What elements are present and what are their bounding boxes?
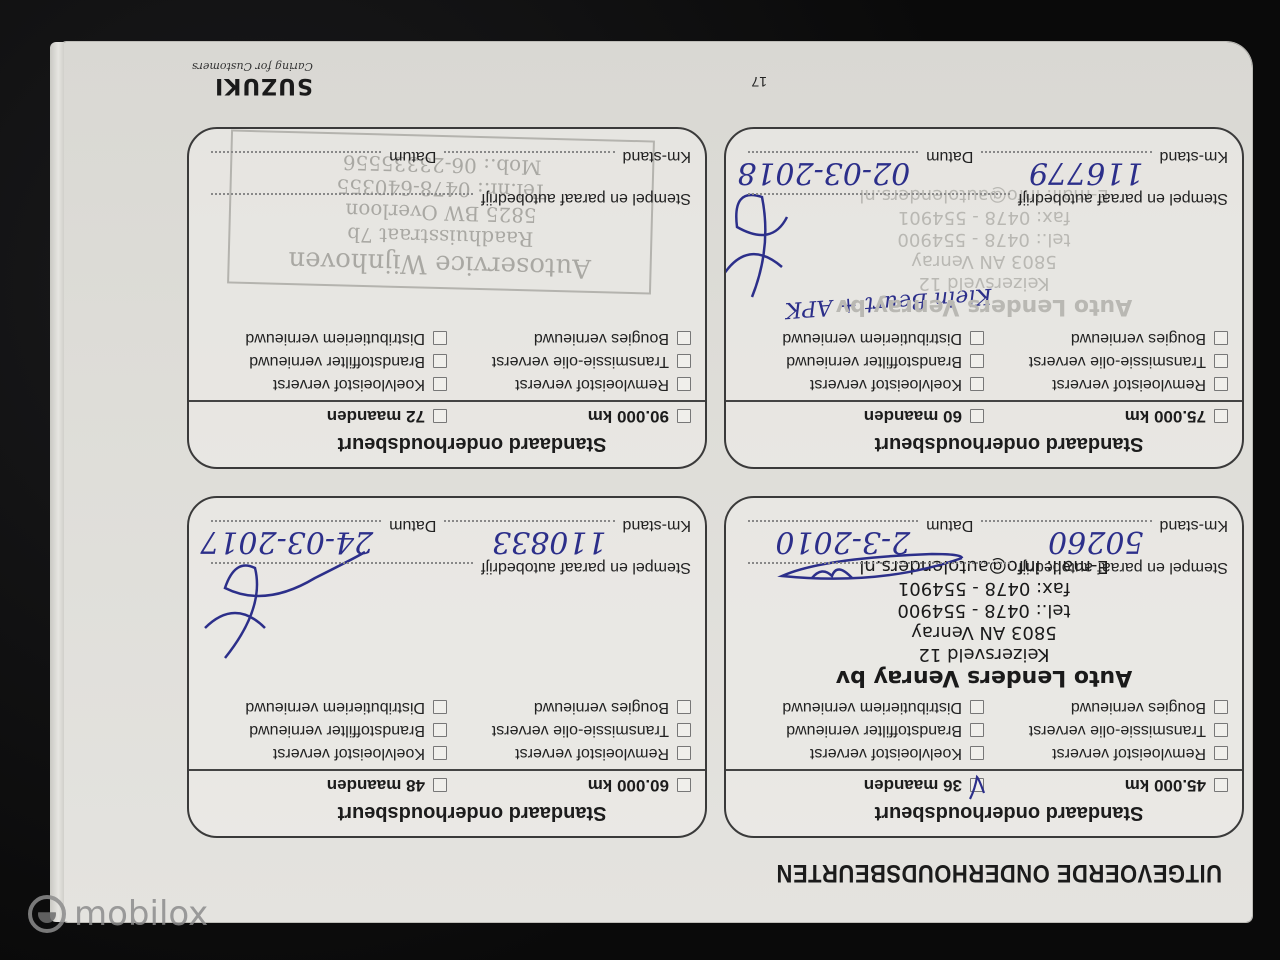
km-value: 116779: [1029, 155, 1144, 190]
stamp-label: Stempel en paraaf autobedrijf: [1018, 189, 1228, 207]
checkbox-remvloeistof[interactable]: [677, 747, 691, 761]
date-value: 02-03-2018: [737, 155, 910, 190]
checkbox-distributieriem[interactable]: [433, 332, 447, 346]
item-label: Remvloeistof ververst: [1052, 745, 1206, 763]
checkbox-bougies[interactable]: [1214, 701, 1228, 715]
card-title: Standaard onderhoudsbeurt: [726, 797, 1242, 836]
stamp-field[interactable]: [748, 562, 1010, 565]
item-label: Brandstoffilter vernieuwd: [786, 722, 962, 740]
checkbox-transmissie[interactable]: [1214, 355, 1228, 369]
mobilox-logo-icon: [28, 895, 66, 933]
divider: [189, 769, 705, 771]
km-date-row: Km-stand 50260 Datum 2-3-2010: [740, 516, 1228, 534]
card-title: Standaard onderhoudsbeurt: [726, 428, 1242, 467]
checkbox-months[interactable]: [433, 778, 447, 792]
item-label: Brandstoffilter vernieuwd: [249, 353, 425, 371]
item-label: Remvloeistof ververst: [515, 745, 669, 763]
divider: [726, 769, 1242, 771]
date-field[interactable]: 02-03-2018: [748, 151, 918, 154]
item-label: Distributieriem vernieuwd: [245, 330, 425, 348]
stamp-line: tel.: 0478 - 554900: [726, 228, 1242, 250]
checkbox-brandstoffilter[interactable]: [433, 724, 447, 738]
stamp-line: Keizersveld 12: [726, 643, 1242, 665]
checkbox-remvloeistof[interactable]: [677, 378, 691, 392]
checkbox-km[interactable]: [1214, 778, 1228, 792]
item-label: Bougies vernieuwd: [534, 699, 669, 717]
checkbox-months[interactable]: [970, 778, 984, 792]
item-label: Transmissie-olie ververst: [492, 722, 669, 740]
item-label: Bougies vernieuwd: [1071, 330, 1206, 348]
date-field[interactable]: 24-03-2017: [211, 520, 381, 523]
km-label: Km-stand: [623, 516, 691, 534]
card-title: Standaard onderhoudsbeurt: [189, 797, 705, 836]
item-label: Transmissie-olie ververst: [492, 353, 669, 371]
item-label: Koelvloeistof ververst: [810, 376, 962, 394]
watermark-text: mobilox: [74, 894, 208, 934]
interval-km: 45.000 km: [1125, 775, 1206, 795]
km-date-row: Km-stand Datum: [203, 147, 691, 165]
date-label: Datum: [389, 516, 436, 534]
checkbox-koelvloeistof[interactable]: [433, 378, 447, 392]
service-card-90000: Standaard onderhoudsbeurt 90.000 km 72 m…: [187, 127, 707, 469]
page-heading: UITGEVOERDE ONDERHOUDSBEURTEN: [776, 858, 1222, 888]
checkbox-brandstoffilter[interactable]: [970, 355, 984, 369]
interval-km: 90.000 km: [588, 406, 669, 426]
km-date-row: Km-stand 116779 Datum 02-03-2018: [740, 147, 1228, 165]
km-field[interactable]: 116779: [981, 151, 1151, 154]
stamp-signature-row: Stempel en paraaf autobedrijf: [740, 558, 1228, 576]
stamp-line: fax: 0478 - 554901: [726, 577, 1242, 599]
stamp-label: Stempel en paraaf autobedrijf: [1018, 558, 1228, 576]
stamp-field[interactable]: [748, 193, 1010, 196]
checkbox-remvloeistof[interactable]: [1214, 747, 1228, 761]
km-value: 110833: [492, 524, 607, 559]
interval-months: 72 maanden: [327, 406, 425, 426]
divider: [726, 400, 1242, 402]
date-label: Datum: [389, 147, 436, 165]
check-mark-icon: [967, 773, 987, 801]
checkbox-transmissie[interactable]: [677, 355, 691, 369]
checkbox-transmissie[interactable]: [1214, 724, 1228, 738]
checkbox-brandstoffilter[interactable]: [970, 724, 984, 738]
km-label: Km-stand: [1160, 147, 1228, 165]
stamp-label: Stempel en paraaf autobedrijf: [481, 189, 691, 207]
stamp-name: Auto Lenders Venray bv: [726, 294, 1242, 319]
date-label: Datum: [926, 516, 973, 534]
km-value: 50260: [1048, 524, 1143, 559]
stamp-line: fax: 0478 - 554901: [726, 206, 1242, 228]
checkbox-distributieriem[interactable]: [970, 332, 984, 346]
checkbox-remvloeistof[interactable]: [1214, 378, 1228, 392]
item-label: Brandstoffilter vernieuwd: [786, 353, 962, 371]
page-edge: [50, 42, 64, 922]
item-label: Koelvloeistof ververst: [273, 376, 425, 394]
checkbox-km[interactable]: [677, 409, 691, 423]
checkbox-months[interactable]: [433, 409, 447, 423]
checkbox-koelvloeistof[interactable]: [970, 378, 984, 392]
item-label: Bougies vernieuwd: [534, 330, 669, 348]
item-label: Distributieriem vernieuwd: [782, 330, 962, 348]
service-card-75000: Standaard onderhoudsbeurt 75.000 km 60 m…: [724, 127, 1244, 469]
brand-tagline: Caring for Customers: [192, 60, 313, 73]
checkbox-koelvloeistof[interactable]: [970, 747, 984, 761]
card-title: Standaard onderhoudsbeurt: [189, 428, 705, 467]
item-label: Koelvloeistof ververst: [810, 745, 962, 763]
date-field[interactable]: [211, 151, 381, 154]
date-label: Datum: [926, 147, 973, 165]
checkbox-bougies[interactable]: [677, 701, 691, 715]
interval-row: 75.000 km 60 maanden: [726, 404, 1242, 428]
item-label: Remvloeistof ververst: [1052, 376, 1206, 394]
checkbox-bougies[interactable]: [1214, 332, 1228, 346]
checkbox-brandstoffilter[interactable]: [433, 355, 447, 369]
stamp-line: 5803 AN Venray: [726, 250, 1242, 272]
item-label: Bougies vernieuwd: [1071, 699, 1206, 717]
date-field[interactable]: 2-3-2010: [748, 520, 918, 523]
service-card-60000: Standaard onderhoudsbeurt 60.000 km 48 m…: [187, 496, 707, 838]
stamp-line: 5803 AN Venray: [726, 621, 1242, 643]
interval-months: 36 maanden: [864, 775, 962, 795]
item-label: Transmissie-olie ververst: [1029, 722, 1206, 740]
stamp-signature-row: Stempel en paraaf autobedrijf: [203, 189, 691, 207]
checkbox-km[interactable]: [1214, 409, 1228, 423]
item-label: Remvloeistof ververst: [515, 376, 669, 394]
km-field[interactable]: 50260: [981, 520, 1151, 523]
stamp-line: tel.: 0478 - 554900: [726, 599, 1242, 621]
stamp-signature-row: Stempel en paraaf autobedrijf: [740, 189, 1228, 207]
item-label: Distributieriem vernieuwd: [782, 699, 962, 717]
brand-name: SUZUKI: [192, 73, 313, 98]
item-label: Brandstoffilter vernieuwd: [249, 722, 425, 740]
date-value: 2-3-2010: [775, 524, 910, 559]
km-label: Km-stand: [1160, 516, 1228, 534]
date-value: 24-03-2017: [200, 524, 373, 559]
interval-km: 60.000 km: [588, 775, 669, 795]
km-field[interactable]: [444, 151, 614, 154]
interval-row: 90.000 km 72 maanden: [189, 404, 705, 428]
interval-months: 60 maanden: [864, 406, 962, 426]
checkbox-koelvloeistof[interactable]: [433, 747, 447, 761]
item-label: Distributieriem vernieuwd: [245, 699, 425, 717]
divider: [189, 400, 705, 402]
interval-row: 45.000 km 36 maanden: [726, 773, 1242, 797]
checkbox-bougies[interactable]: [677, 332, 691, 346]
interval-km: 75.000 km: [1125, 406, 1206, 426]
interval-row: 60.000 km 48 maanden: [189, 773, 705, 797]
stamp-field[interactable]: [211, 562, 473, 565]
item-label: Koelvloeistof ververst: [273, 745, 425, 763]
page-number: 17: [751, 74, 767, 90]
stamp-field[interactable]: [211, 193, 473, 196]
stamp-signature-row: Stempel en paraaf autobedrijf: [203, 558, 691, 576]
checkbox-months[interactable]: [970, 409, 984, 423]
interval-months: 48 maanden: [327, 775, 425, 795]
km-label: Km-stand: [623, 147, 691, 165]
checkbox-km[interactable]: [677, 778, 691, 792]
stamp-label: Stempel en paraaf autobedrijf: [481, 558, 691, 576]
booklet-page: UITGEVOERDE ONDERHOUDSBEURTEN Standaard …: [62, 42, 1252, 922]
checkbox-distributieriem[interactable]: [970, 701, 984, 715]
item-label: Transmissie-olie ververst: [1029, 353, 1206, 371]
km-date-row: Km-stand 110833 Datum 24-03-2017: [203, 516, 691, 534]
checkbox-transmissie[interactable]: [677, 724, 691, 738]
watermark: mobilox: [28, 894, 208, 934]
km-field[interactable]: 110833: [444, 520, 614, 523]
stamp-line: Keizersveld 12: [726, 272, 1242, 294]
service-card-45000: Standaard onderhoudsbeurt 45.000 km 36 m…: [724, 496, 1244, 838]
suzuki-logo: SUZUKI Caring for Customers: [192, 60, 313, 98]
stamp-name: Auto Lenders Venray bv: [726, 665, 1242, 690]
checkbox-distributieriem[interactable]: [433, 701, 447, 715]
